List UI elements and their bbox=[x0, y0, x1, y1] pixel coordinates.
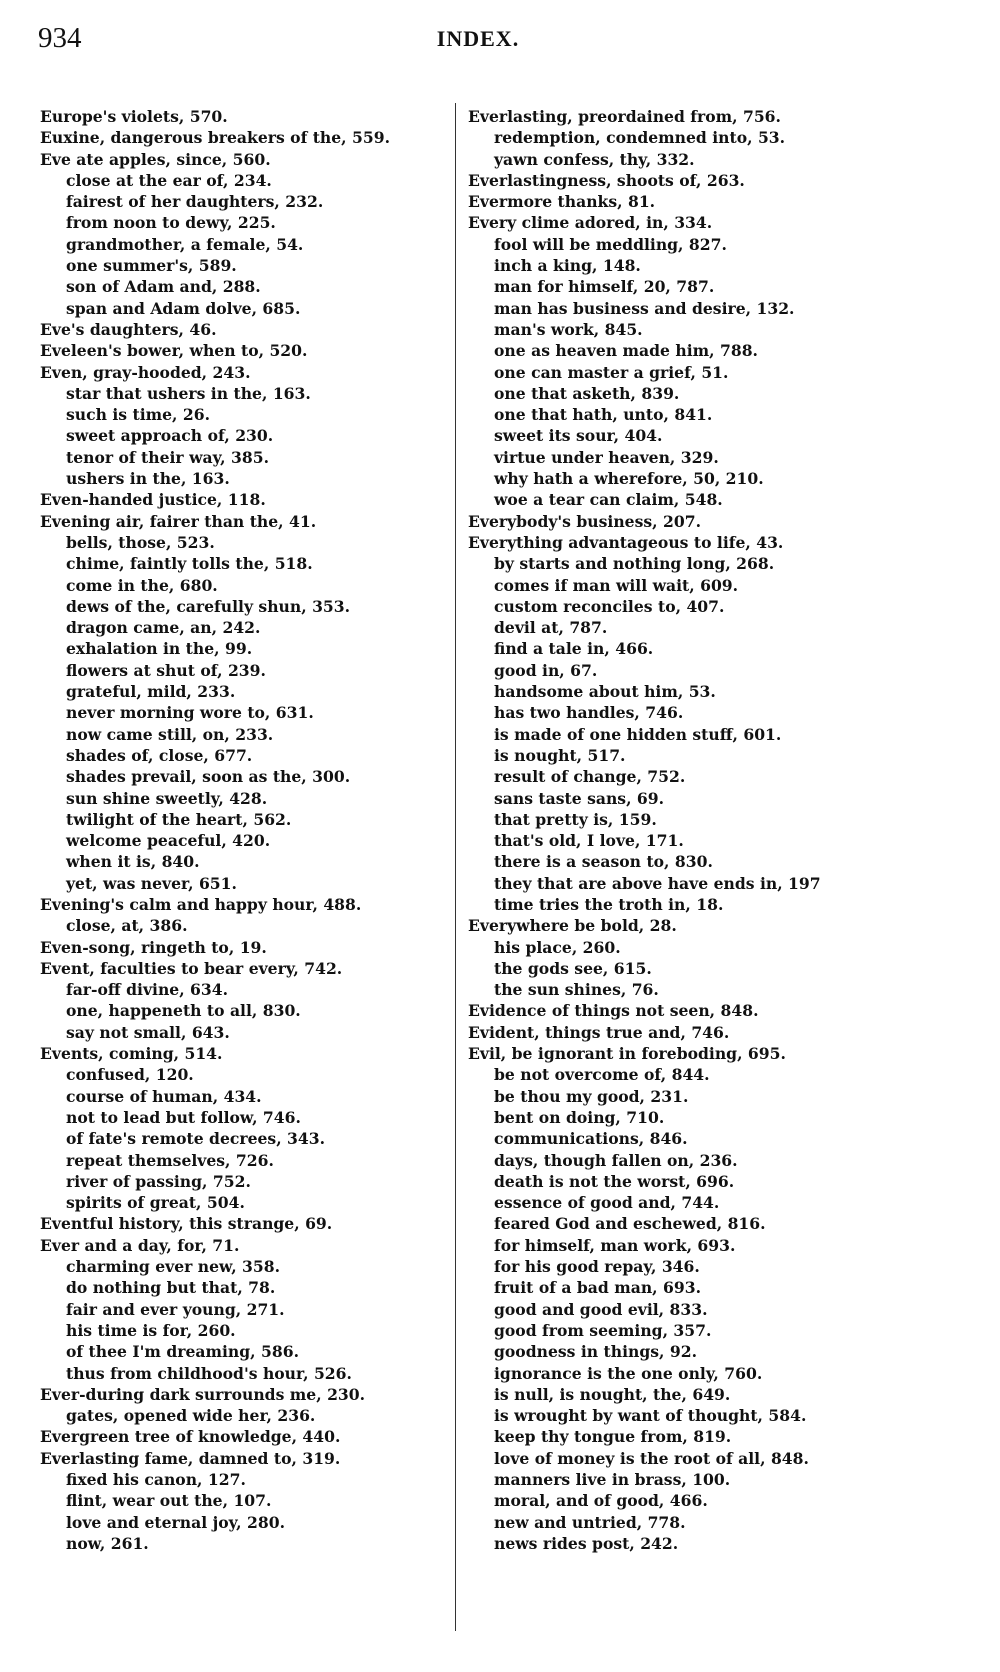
index-entry: Events, coming, 514. bbox=[40, 1043, 470, 1064]
index-subentry: dragon came, an, 242. bbox=[40, 617, 470, 638]
index-subentry: manners live in brass, 100. bbox=[468, 1469, 938, 1490]
index-entry: Ever-during dark surrounds me, 230. bbox=[40, 1384, 470, 1405]
index-subentry: bells, those, 523. bbox=[40, 532, 470, 553]
index-entry: Every clime adored, in, 334. bbox=[468, 212, 938, 233]
index-subentry: is nought, 517. bbox=[468, 745, 938, 766]
index-subentry: why hath a wherefore, 50, 210. bbox=[468, 468, 938, 489]
index-subentry: from noon to dewy, 225. bbox=[40, 212, 470, 233]
index-subentry: sun shine sweetly, 428. bbox=[40, 788, 470, 809]
index-subentry: one can master a grief, 51. bbox=[468, 362, 938, 383]
index-subentry: span and Adam dolve, 685. bbox=[40, 298, 470, 319]
index-subentry: the sun shines, 76. bbox=[468, 979, 938, 1000]
index-subentry: close at the ear of, 234. bbox=[40, 170, 470, 191]
index-subentry: news rides post, 242. bbox=[468, 1533, 938, 1554]
index-subentry: river of passing, 752. bbox=[40, 1171, 470, 1192]
index-subentry: that pretty is, 159. bbox=[468, 809, 938, 830]
index-subentry: find a tale in, 466. bbox=[468, 638, 938, 659]
index-subentry: yawn confess, thy, 332. bbox=[468, 149, 938, 170]
index-subentry: inch a king, 148. bbox=[468, 255, 938, 276]
index-subentry: welcome peaceful, 420. bbox=[40, 830, 470, 851]
index-subentry: goodness in things, 92. bbox=[468, 1341, 938, 1362]
index-subentry: one as heaven made him, 788. bbox=[468, 340, 938, 361]
index-subentry: woe a tear can claim, 548. bbox=[468, 489, 938, 510]
index-entry: Evermore thanks, 81. bbox=[468, 191, 938, 212]
index-entry: Evening's calm and happy hour, 488. bbox=[40, 894, 470, 915]
index-subentry: that's old, I love, 171. bbox=[468, 830, 938, 851]
index-subentry: for himself, man work, 693. bbox=[468, 1235, 938, 1256]
index-subentry: time tries the troth in, 18. bbox=[468, 894, 938, 915]
index-subentry: when it is, 840. bbox=[40, 851, 470, 872]
index-subentry: comes if man will wait, 609. bbox=[468, 575, 938, 596]
index-subentry: spirits of great, 504. bbox=[40, 1192, 470, 1213]
index-subentry: fruit of a bad man, 693. bbox=[468, 1277, 938, 1298]
index-entry: Evergreen tree of knowledge, 440. bbox=[40, 1426, 470, 1447]
index-subentry: is made of one hidden stuff, 601. bbox=[468, 724, 938, 745]
index-entry: Evening air, fairer than the, 41. bbox=[40, 511, 470, 532]
index-subentry: good and good evil, 833. bbox=[468, 1299, 938, 1320]
index-entry: Eve ate apples, since, 560. bbox=[40, 149, 470, 170]
index-subentry: keep thy tongue from, 819. bbox=[468, 1426, 938, 1447]
index-entry: Everywhere be bold, 28. bbox=[468, 915, 938, 936]
index-subentry: star that ushers in the, 163. bbox=[40, 383, 470, 404]
index-subentry: confused, 120. bbox=[40, 1064, 470, 1085]
index-subentry: death is not the worst, 696. bbox=[468, 1171, 938, 1192]
index-subentry: love of money is the root of all, 848. bbox=[468, 1448, 938, 1469]
index-subentry: sweet approach of, 230. bbox=[40, 425, 470, 446]
index-subentry: of thee I'm dreaming, 586. bbox=[40, 1341, 470, 1362]
index-subentry: man's work, 845. bbox=[468, 319, 938, 340]
index-subentry: far-off divine, 634. bbox=[40, 979, 470, 1000]
index-subentry: gates, opened wide her, 236. bbox=[40, 1405, 470, 1426]
index-subentry: new and untried, 778. bbox=[468, 1512, 938, 1533]
index-entry: Evident, things true and, 746. bbox=[468, 1022, 938, 1043]
index-subentry: thus from childhood's hour, 526. bbox=[40, 1363, 470, 1384]
index-subentry: they that are above have ends in, 197 bbox=[468, 873, 938, 894]
index-subentry: there is a season to, 830. bbox=[468, 851, 938, 872]
index-subentry: fool will be meddling, 827. bbox=[468, 234, 938, 255]
index-subentry: devil at, 787. bbox=[468, 617, 938, 638]
index-entry: Event, faculties to bear every, 742. bbox=[40, 958, 470, 979]
column-divider bbox=[455, 103, 456, 1631]
index-entry: Ever and a day, for, 71. bbox=[40, 1235, 470, 1256]
index-subentry: his time is for, 260. bbox=[40, 1320, 470, 1341]
index-entry: Europe's violets, 570. bbox=[40, 106, 470, 127]
index-subentry: flowers at shut of, 239. bbox=[40, 660, 470, 681]
index-subentry: now came still, on, 233. bbox=[40, 724, 470, 745]
index-subentry: son of Adam and, 288. bbox=[40, 276, 470, 297]
index-entry: Even, gray-hooded, 243. bbox=[40, 362, 470, 383]
index-entry: Everlasting fame, damned to, 319. bbox=[40, 1448, 470, 1469]
index-subentry: now, 261. bbox=[40, 1533, 470, 1554]
index-subentry: yet, was never, 651. bbox=[40, 873, 470, 894]
index-subentry: has two handles, 746. bbox=[468, 702, 938, 723]
index-subentry: grateful, mild, 233. bbox=[40, 681, 470, 702]
index-subentry: fixed his canon, 127. bbox=[40, 1469, 470, 1490]
index-subentry: handsome about him, 53. bbox=[468, 681, 938, 702]
index-subentry: charming ever new, 358. bbox=[40, 1256, 470, 1277]
index-entry: Everything advantageous to life, 43. bbox=[468, 532, 938, 553]
index-subentry: repeat themselves, 726. bbox=[40, 1150, 470, 1171]
index-subentry: tenor of their way, 385. bbox=[40, 447, 470, 468]
index-subentry: good in, 67. bbox=[468, 660, 938, 681]
index-entry: Eve's daughters, 46. bbox=[40, 319, 470, 340]
index-entry: Everybody's business, 207. bbox=[468, 511, 938, 532]
index-subentry: one, happeneth to all, 830. bbox=[40, 1000, 470, 1021]
index-subentry: sans taste sans, 69. bbox=[468, 788, 938, 809]
index-subentry: redemption, condemned into, 53. bbox=[468, 127, 938, 148]
index-entry: Everlasting, preordained from, 756. bbox=[468, 106, 938, 127]
index-subentry: twilight of the heart, 562. bbox=[40, 809, 470, 830]
index-subentry: exhalation in the, 99. bbox=[40, 638, 470, 659]
index-subentry: fairest of her daughters, 232. bbox=[40, 191, 470, 212]
index-subentry: shades of, close, 677. bbox=[40, 745, 470, 766]
index-subentry: such is time, 26. bbox=[40, 404, 470, 425]
index-entry: Evil, be ignorant in foreboding, 695. bbox=[468, 1043, 938, 1064]
index-subentry: essence of good and, 744. bbox=[468, 1192, 938, 1213]
page-title: INDEX. bbox=[38, 26, 918, 52]
index-subentry: communications, 846. bbox=[468, 1128, 938, 1149]
index-subentry: one that hath, unto, 841. bbox=[468, 404, 938, 425]
index-subentry: one that asketh, 839. bbox=[468, 383, 938, 404]
index-subentry: bent on doing, 710. bbox=[468, 1107, 938, 1128]
index-subentry: is wrought by want of thought, 584. bbox=[468, 1405, 938, 1426]
index-subentry: ushers in the, 163. bbox=[40, 468, 470, 489]
index-column-left: Europe's violets, 570.Euxine, dangerous … bbox=[40, 106, 470, 1554]
index-entry: Even-handed justice, 118. bbox=[40, 489, 470, 510]
index-subentry: sweet its sour, 404. bbox=[468, 425, 938, 446]
index-subentry: be thou my good, 231. bbox=[468, 1086, 938, 1107]
index-subentry: custom reconciles to, 407. bbox=[468, 596, 938, 617]
index-column-right: Everlasting, preordained from, 756.redem… bbox=[468, 106, 938, 1554]
index-subentry: be not overcome of, 844. bbox=[468, 1064, 938, 1085]
index-subentry: love and eternal joy, 280. bbox=[40, 1512, 470, 1533]
index-subentry: moral, and of good, 466. bbox=[468, 1490, 938, 1511]
index-subentry: feared God and eschewed, 816. bbox=[468, 1213, 938, 1234]
index-subentry: shades prevail, soon as the, 300. bbox=[40, 766, 470, 787]
index-subentry: say not small, 643. bbox=[40, 1022, 470, 1043]
index-subentry: virtue under heaven, 329. bbox=[468, 447, 938, 468]
index-entry: Everlastingness, shoots of, 263. bbox=[468, 170, 938, 191]
index-subentry: man has business and desire, 132. bbox=[468, 298, 938, 319]
index-subentry: man for himself, 20, 787. bbox=[468, 276, 938, 297]
index-subentry: one summer's, 589. bbox=[40, 255, 470, 276]
index-subentry: result of change, 752. bbox=[468, 766, 938, 787]
index-subentry: never morning wore to, 631. bbox=[40, 702, 470, 723]
index-subentry: come in the, 680. bbox=[40, 575, 470, 596]
index-subentry: dews of the, carefully shun, 353. bbox=[40, 596, 470, 617]
index-subentry: ignorance is the one only, 760. bbox=[468, 1363, 938, 1384]
index-subentry: the gods see, 615. bbox=[468, 958, 938, 979]
index-subentry: is null, is nought, the, 649. bbox=[468, 1384, 938, 1405]
index-subentry: do nothing but that, 78. bbox=[40, 1277, 470, 1298]
index-subentry: good from seeming, 357. bbox=[468, 1320, 938, 1341]
index-subentry: chime, faintly tolls the, 518. bbox=[40, 553, 470, 574]
index-subentry: by starts and nothing long, 268. bbox=[468, 553, 938, 574]
index-entry: Eventful history, this strange, 69. bbox=[40, 1213, 470, 1234]
index-subentry: fair and ever young, 271. bbox=[40, 1299, 470, 1320]
index-subentry: course of human, 434. bbox=[40, 1086, 470, 1107]
index-subentry: of fate's remote decrees, 343. bbox=[40, 1128, 470, 1149]
index-subentry: days, though fallen on, 236. bbox=[468, 1150, 938, 1171]
index-subentry: flint, wear out the, 107. bbox=[40, 1490, 470, 1511]
page-header: 934 INDEX. bbox=[38, 22, 918, 62]
index-subentry: for his good repay, 346. bbox=[468, 1256, 938, 1277]
index-entry: Eveleen's bower, when to, 520. bbox=[40, 340, 470, 361]
index-entry: Even-song, ringeth to, 19. bbox=[40, 937, 470, 958]
index-subentry: not to lead but follow, 746. bbox=[40, 1107, 470, 1128]
index-subentry: his place, 260. bbox=[468, 937, 938, 958]
index-subentry: close, at, 386. bbox=[40, 915, 470, 936]
index-subentry: grandmother, a female, 54. bbox=[40, 234, 470, 255]
index-entry: Evidence of things not seen, 848. bbox=[468, 1000, 938, 1021]
index-entry: Euxine, dangerous breakers of the, 559. bbox=[40, 127, 470, 148]
